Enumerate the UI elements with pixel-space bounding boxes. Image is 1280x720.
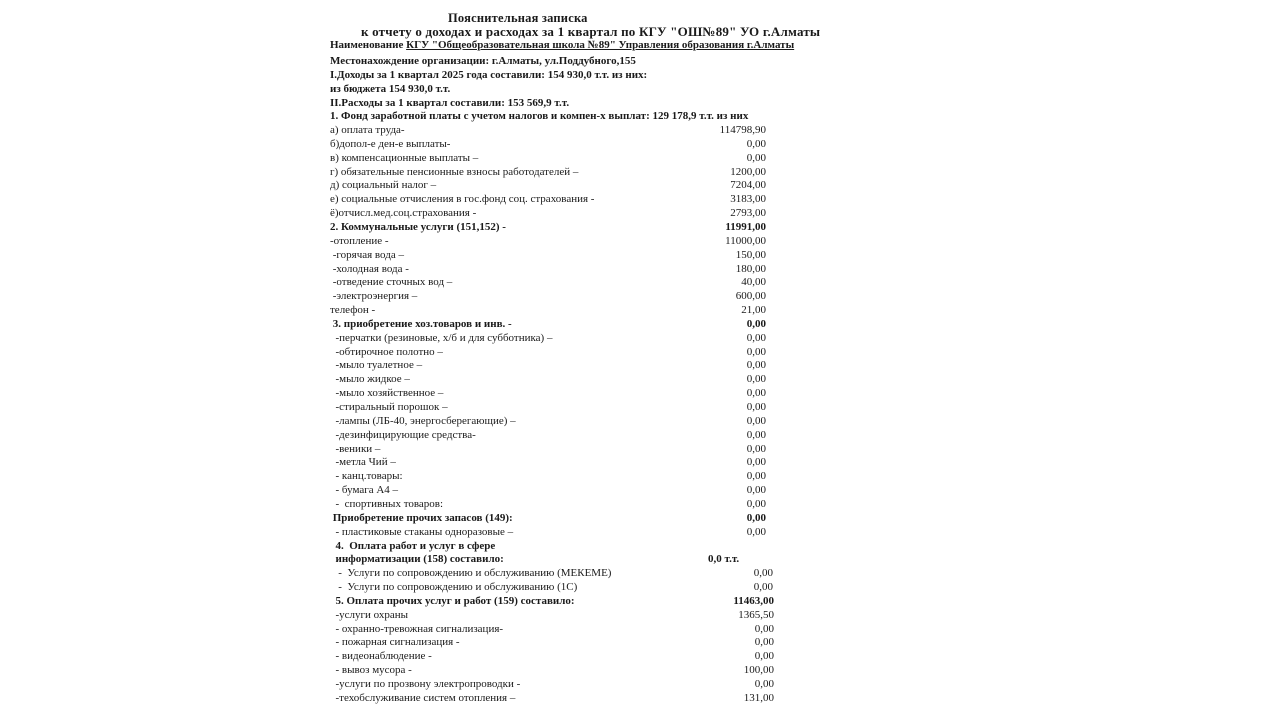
expense-value: 0,00 xyxy=(755,650,774,662)
payroll-header-line: 1. Фонд заработной платы с учетом налого… xyxy=(330,110,748,122)
expense-row: 2. Коммунальные услуги (151,152) -11991,… xyxy=(0,221,1280,235)
expense-value: 1200,00 xyxy=(730,166,766,178)
expense-row: -стиральный порошок –0,00 xyxy=(0,401,1280,415)
expense-row: б)допол-е ден-е выплаты-0,00 xyxy=(0,138,1280,152)
expense-value: 0,00 xyxy=(754,581,773,593)
expense-row: - канц.товары:0,00 xyxy=(0,470,1280,484)
expense-row: 3. приобретение хоз.товаров и инв. -0,00 xyxy=(0,318,1280,332)
expense-label: г) обязательные пенсионные взносы работо… xyxy=(330,166,578,178)
expense-row: - Услуги по сопровождению и обслуживанию… xyxy=(0,567,1280,581)
expense-value: 0,00 xyxy=(747,387,766,399)
expense-value: 0,00 xyxy=(747,373,766,385)
expense-label: е) социальные отчисления в гос.фонд соц.… xyxy=(330,193,594,205)
expense-row: телефон -21,00 xyxy=(0,304,1280,318)
expense-value: 0,00 xyxy=(747,359,766,371)
expense-value: 0,00 xyxy=(755,678,774,690)
income-budget-line: из бюджета 154 930,0 т.т. xyxy=(330,83,450,95)
document-page: Пояснительная записка к отчету о доходах… xyxy=(0,0,1280,720)
expense-row: информатизации (158) составило:0,0 т.т. xyxy=(0,553,1280,567)
expense-row: -дезинфицирующие средства-0,00 xyxy=(0,429,1280,443)
expense-label: -мыло жидкое – xyxy=(330,373,410,385)
expense-label: -перчатки (резиновые, х/б и для субботни… xyxy=(330,332,552,344)
expense-label: - бумага А4 – xyxy=(330,484,398,496)
expense-value: 0,00 xyxy=(747,470,766,482)
expense-row: - видеонаблюдение -0,00 xyxy=(0,650,1280,664)
expense-row: ё)отчисл.мед.соц.страхования -2793,00 xyxy=(0,207,1280,221)
expense-label: - пластиковые стаканы одноразовые – xyxy=(330,526,513,538)
expense-value: 2793,00 xyxy=(730,207,766,219)
expense-label: 5. Оплата прочих услуг и работ (159) сос… xyxy=(330,595,575,607)
expense-value: 11000,00 xyxy=(725,235,766,247)
document-subtitle: к отчету о доходах и расходах за 1 кварт… xyxy=(361,24,820,40)
expense-row: -метла Чий –0,00 xyxy=(0,456,1280,470)
expense-row: д) социальный налог –7204,00 xyxy=(0,179,1280,193)
expense-label: -мыло туалетное – xyxy=(330,359,422,371)
expense-value: 600,00 xyxy=(736,290,766,302)
expense-value: 7204,00 xyxy=(730,179,766,191)
expense-value: 0,00 xyxy=(747,526,766,538)
expense-label: -отопление - xyxy=(330,235,389,247)
expense-label: -дезинфицирующие средства- xyxy=(330,429,476,441)
expense-value: 3183,00 xyxy=(730,193,766,205)
expense-label: - Услуги по сопровождению и обслуживанию… xyxy=(330,581,577,593)
expense-label: - Услуги по сопровождению и обслуживанию… xyxy=(330,567,611,579)
expense-row: -отведение сточных вод –40,00 xyxy=(0,276,1280,290)
expense-label: -стиральный порошок – xyxy=(330,401,448,413)
expense-label: в) компенсационные выплаты – xyxy=(330,152,478,164)
location-line: Местонахождение организации: г.Алматы, у… xyxy=(330,55,636,67)
expense-value: 0,00 xyxy=(747,512,766,524)
expense-row: - пластиковые стаканы одноразовые –0,00 xyxy=(0,526,1280,540)
expense-row: а) оплата труда-114798,90 xyxy=(0,124,1280,138)
expense-label: д) социальный налог – xyxy=(330,179,436,191)
expense-row: -мыло туалетное –0,00 xyxy=(0,359,1280,373)
expense-row: 5. Оплата прочих услуг и работ (159) сос… xyxy=(0,595,1280,609)
expense-row: -обтирочное полотно –0,00 xyxy=(0,346,1280,360)
expense-value: 0,00 xyxy=(747,484,766,496)
expense-row: - Услуги по сопровождению и обслуживанию… xyxy=(0,581,1280,595)
expense-value: 114798,90 xyxy=(720,124,766,136)
expense-label: - спортивных товаров: xyxy=(330,498,443,510)
expense-row: Приобретение прочих запасов (149):0,00 xyxy=(0,512,1280,526)
expense-row: г) обязательные пенсионные взносы работо… xyxy=(0,166,1280,180)
expense-value: 100,00 xyxy=(744,664,774,676)
expense-row: -электроэнергия –600,00 xyxy=(0,290,1280,304)
expense-value: 0,00 xyxy=(747,429,766,441)
expense-value: 0,00 xyxy=(747,401,766,413)
expense-value: 150,00 xyxy=(736,249,766,261)
expense-value: 40,00 xyxy=(741,276,766,288)
expense-label: -услуги охраны xyxy=(330,609,408,621)
expense-label: - вывоз мусора - xyxy=(330,664,412,676)
expense-value: 0,00 xyxy=(747,346,766,358)
expense-value: 0,00 xyxy=(747,318,766,330)
expense-value: 11463,00 xyxy=(733,595,774,607)
expense-value: 21,00 xyxy=(741,304,766,316)
expense-value: 0,00 xyxy=(747,415,766,427)
expense-label: а) оплата труда- xyxy=(330,124,405,136)
expense-row: -горячая вода –150,00 xyxy=(0,249,1280,263)
expense-row: -техобслуживание систем отопления –131,0… xyxy=(0,692,1280,706)
income-line: I.Доходы за 1 квартал 2025 года составил… xyxy=(330,69,647,81)
expense-row: - спортивных товаров:0,00 xyxy=(0,498,1280,512)
expense-row: -мыло жидкое –0,00 xyxy=(0,373,1280,387)
expense-label: -обтирочное полотно – xyxy=(330,346,443,358)
expense-label: Приобретение прочих запасов (149): xyxy=(330,512,513,524)
expense-row: - пожарная сигнализация -0,00 xyxy=(0,636,1280,650)
expense-row: -перчатки (резиновые, х/б и для субботни… xyxy=(0,332,1280,346)
expense-label: телефон - xyxy=(330,304,375,316)
expense-label: 2. Коммунальные услуги (151,152) - xyxy=(330,221,506,233)
expense-label: -веники – xyxy=(330,443,380,455)
expense-label: - охранно-тревожная сигнализация- xyxy=(330,623,503,635)
expense-row: е) социальные отчисления в гос.фонд соц.… xyxy=(0,193,1280,207)
expense-row: 4. Оплата работ и услуг в сфере xyxy=(0,540,1280,554)
expense-row: - охранно-тревожная сигнализация-0,00 xyxy=(0,623,1280,637)
expense-label: 3. приобретение хоз.товаров и инв. - xyxy=(330,318,512,330)
expense-label: -лампы (ЛБ-40, энергосберегающие) – xyxy=(330,415,516,427)
expense-label: -горячая вода – xyxy=(330,249,404,261)
expense-row: -холодная вода -180,00 xyxy=(0,263,1280,277)
expense-label: - видеонаблюдение - xyxy=(330,650,432,662)
expense-value: 0,00 xyxy=(747,443,766,455)
expense-label: - пожарная сигнализация - xyxy=(330,636,460,648)
expense-value: 180,00 xyxy=(736,263,766,275)
expense-label: ё)отчисл.мед.соц.страхования - xyxy=(330,207,476,219)
expense-row: -мыло хозяйственное –0,00 xyxy=(0,387,1280,401)
expense-value: 0,0 т.т. xyxy=(708,553,739,565)
expense-label: -отведение сточных вод – xyxy=(330,276,452,288)
expense-row: -отопление -11000,00 xyxy=(0,235,1280,249)
expense-row: в) компенсационные выплаты –0,00 xyxy=(0,152,1280,166)
expense-value: 0,00 xyxy=(747,456,766,468)
organization-name-label: Наименование xyxy=(330,39,406,51)
expense-row: - бумага А4 –0,00 xyxy=(0,484,1280,498)
expense-value: 11991,00 xyxy=(725,221,766,233)
expense-label: -техобслуживание систем отопления – xyxy=(330,692,515,704)
expense-label: б)допол-е ден-е выплаты- xyxy=(330,138,450,150)
expense-row: -услуги по прозвону электропроводки -0,0… xyxy=(0,678,1280,692)
expense-value: 0,00 xyxy=(747,152,766,164)
expense-row: -услуги охраны1365,50 xyxy=(0,609,1280,623)
expense-value: 0,00 xyxy=(755,623,774,635)
expense-label: - канц.товары: xyxy=(330,470,403,482)
expense-value: 0,00 xyxy=(747,332,766,344)
organization-name-line: Наименование КГУ "Общеобразовательная шк… xyxy=(330,39,794,51)
expense-value: 0,00 xyxy=(755,636,774,648)
expense-label: -холодная вода - xyxy=(330,263,409,275)
expenses-line: II.Расходы за 1 квартал составили: 153 5… xyxy=(330,97,569,109)
expense-value: 131,00 xyxy=(744,692,774,704)
expense-label: -метла Чий – xyxy=(330,456,396,468)
expense-label: -услуги по прозвону электропроводки - xyxy=(330,678,520,690)
expense-row: -веники –0,00 xyxy=(0,443,1280,457)
expense-value: 1365,50 xyxy=(738,609,774,621)
expense-label: 4. Оплата работ и услуг в сфере xyxy=(330,540,495,552)
organization-name-value: КГУ "Общеобразовательная школа №89" Упра… xyxy=(406,39,794,51)
expense-label: -электроэнергия – xyxy=(330,290,417,302)
expense-value: 0,00 xyxy=(747,498,766,510)
expense-row: - вывоз мусора -100,00 xyxy=(0,664,1280,678)
expense-value: 0,00 xyxy=(747,138,766,150)
expense-label: -мыло хозяйственное – xyxy=(330,387,443,399)
expense-value: 0,00 xyxy=(754,567,773,579)
expense-row: -лампы (ЛБ-40, энергосберегающие) –0,00 xyxy=(0,415,1280,429)
expense-label: информатизации (158) составило: xyxy=(330,553,504,565)
